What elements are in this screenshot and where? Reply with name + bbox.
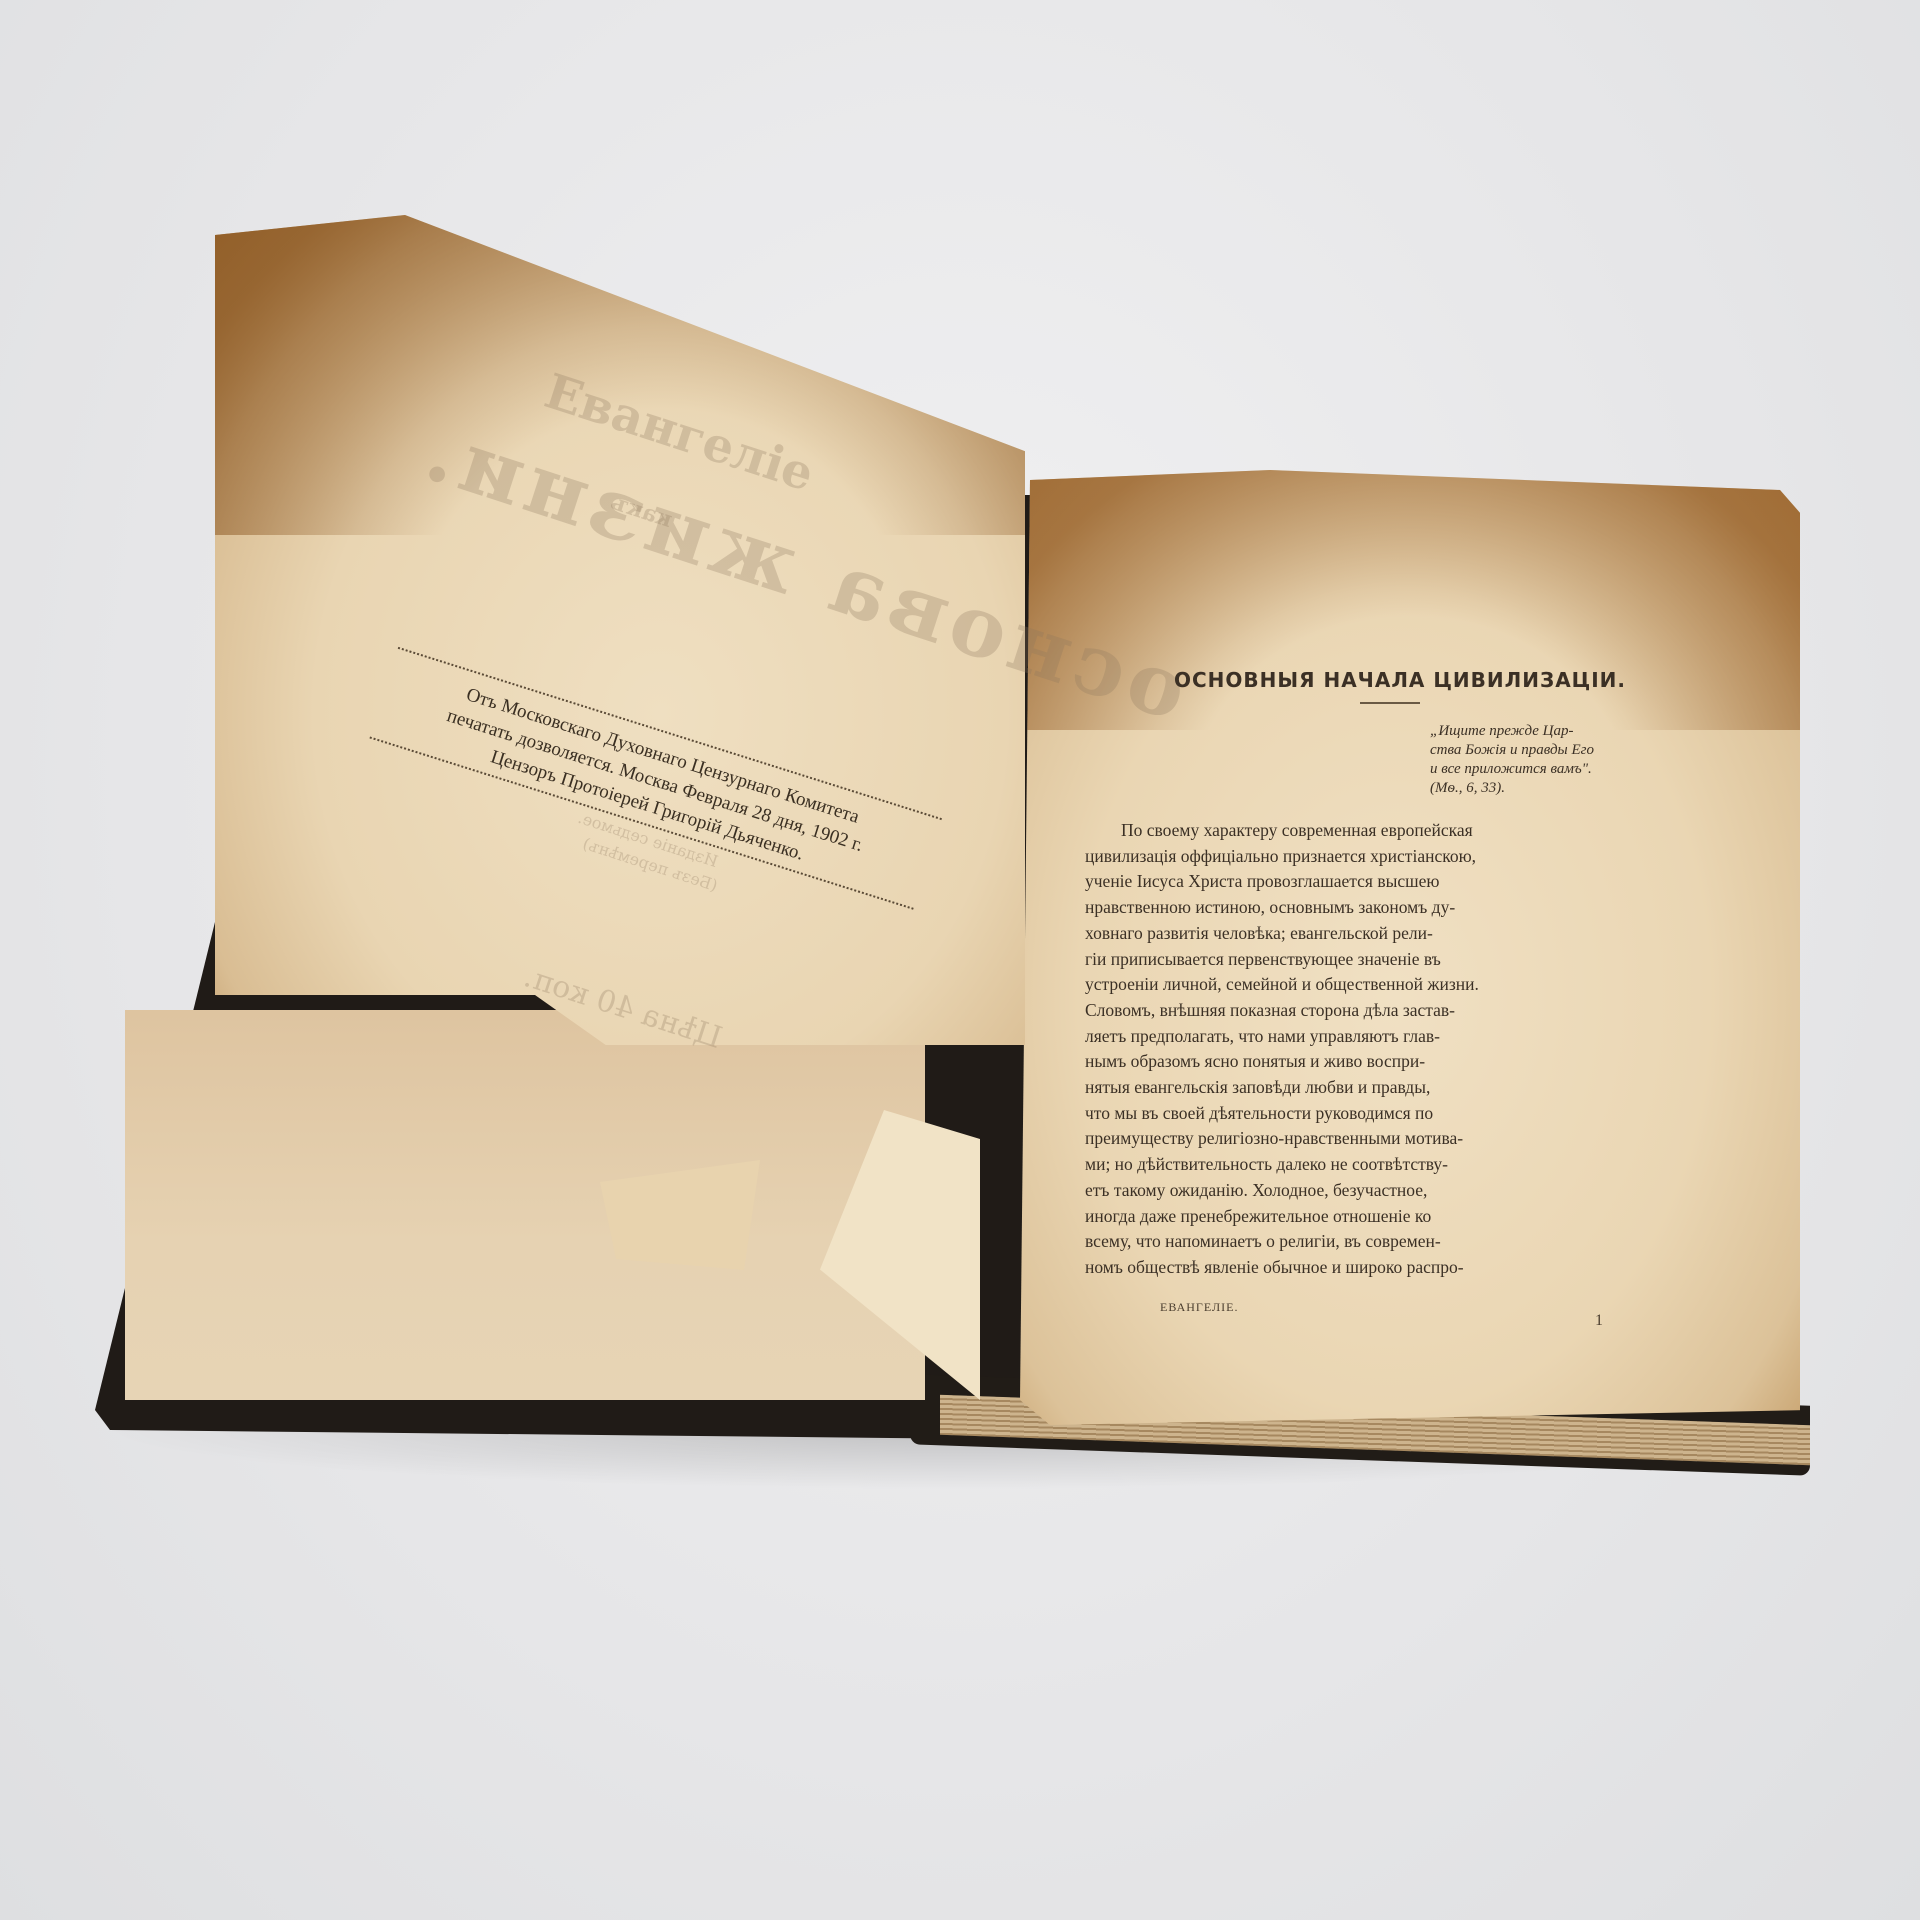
body-line: всему, что напоминаетъ о религіи, въ сов… xyxy=(1085,1229,1665,1255)
body-line: етъ такому ожиданію. Холодное, безучастн… xyxy=(1085,1178,1665,1204)
epigraph-line-3: и все приложится вамъ". xyxy=(1430,760,1680,779)
epigraph: „Ищите прежде Цар- ства Божія и правды Е… xyxy=(1430,722,1680,798)
body-line: нятыя евангельскія заповѣди любви и прав… xyxy=(1085,1075,1665,1101)
body-text: По своему характеру современная европейс… xyxy=(1085,818,1665,1281)
body-line: что мы въ своей дѣятельности руководимся… xyxy=(1085,1101,1665,1127)
chapter-heading: ОСНОВНЫЯ НАЧАЛА ЦИВИЛИЗАЦІИ. xyxy=(1125,668,1675,692)
body-line: ми; но дѣйствительность далеко не соотвѣ… xyxy=(1085,1152,1665,1178)
body-line: устроеніи личной, семейной и общественно… xyxy=(1085,972,1665,998)
body-line: гіи приписывается первенствующее значені… xyxy=(1085,947,1665,973)
body-line: Словомъ, внѣшняя показная сторона дѣла з… xyxy=(1085,998,1665,1024)
body-line: номъ обществѣ явленіе обычное и широко р… xyxy=(1085,1255,1665,1281)
body-line: нравственною истиною, основнымъ закономъ… xyxy=(1085,895,1665,921)
right-page-text: ОСНОВНЫЯ НАЧАЛА ЦИВИЛИЗАЦІИ. „Ищите преж… xyxy=(1085,668,1695,1281)
body-line: преимуществу религіозно-нравственными мо… xyxy=(1085,1126,1665,1152)
body-line: цивилизація оффиціально признается христ… xyxy=(1085,844,1665,870)
epigraph-reference: (Мѳ., 6, 33). xyxy=(1430,779,1680,798)
body-line: ховнаго развитія человѣка; евангельской … xyxy=(1085,921,1665,947)
epigraph-line-2: ства Божія и правды Его xyxy=(1430,741,1680,760)
epigraph-line-1: „Ищите прежде Цар- xyxy=(1430,722,1680,741)
body-line: ученіе Іисуса Христа провозглашается выс… xyxy=(1085,869,1665,895)
body-line: ляетъ предполагать, что нами управляютъ … xyxy=(1085,1024,1665,1050)
heading-rule xyxy=(1360,702,1420,704)
page-number: 1 xyxy=(1595,1312,1603,1330)
body-line: нымъ образомъ ясно понятыя и живо воспри… xyxy=(1085,1049,1665,1075)
body-line: иногда даже пренебрежительное отношеніе … xyxy=(1085,1204,1665,1230)
body-line: По своему характеру современная европейс… xyxy=(1085,818,1665,844)
endpaper-left xyxy=(125,1010,925,1400)
running-footer: ЕВАНГЕЛІЕ. xyxy=(1160,1300,1238,1315)
